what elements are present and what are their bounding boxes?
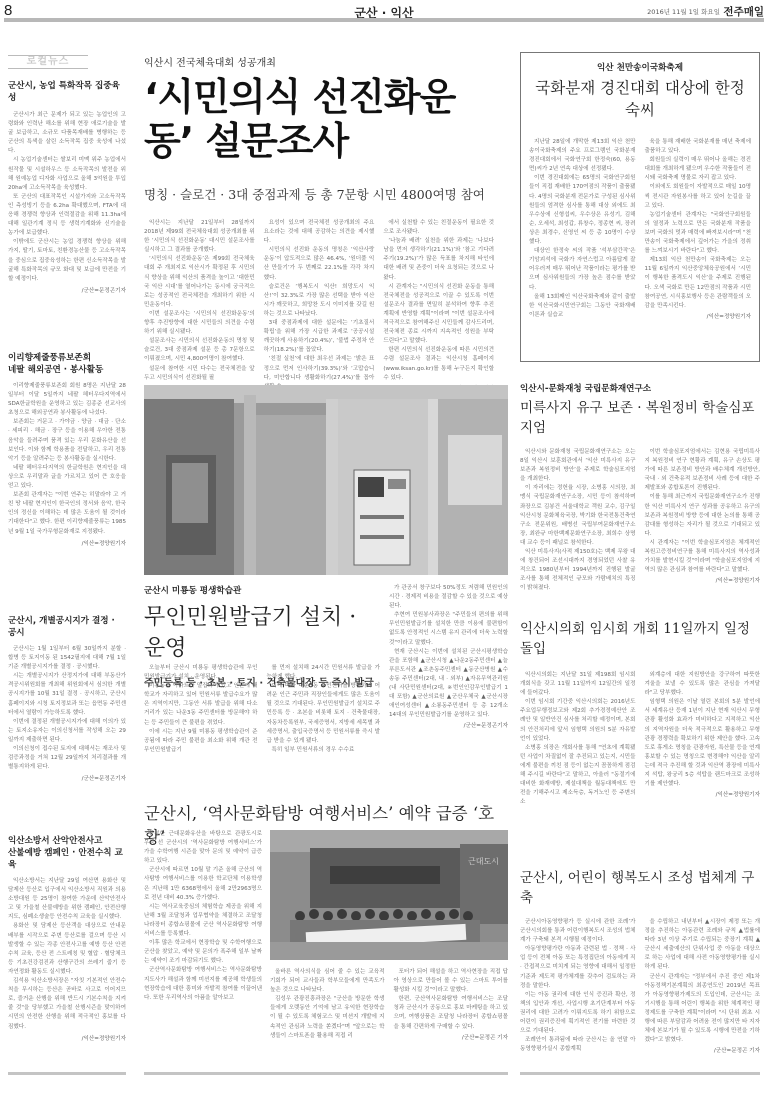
column: 익산시와 문화재청 국립문화재연구소는 오는 8일 익산시 보훈회관에서 ‘익산… <box>520 448 636 594</box>
paragraph: 보존회 관계자는 "이번 연주는 히말라야 고 거친 땅 네팔 현지인이 한국인… <box>8 491 126 536</box>
byline: /익산=정양원기자 <box>8 1034 126 1042</box>
council-headline: 익산시의회 임시회 개회 11일까지 일정 돌입 <box>520 617 760 657</box>
paragraph: 이번에 결정된 개별공시지가에 대해 이의가 있는 토지소유자는 이의신청서를 … <box>8 718 126 745</box>
paragraph: 또 군산의 대표작목인 시설가지와 고소득작목인 측성빙기 등을 6.2ha 확… <box>8 193 126 238</box>
byline: /군산=문정곤기자 <box>389 722 508 731</box>
byline: /익산=정양원기자 <box>645 577 761 586</box>
logo-text: 로컬뉴스 <box>8 56 88 68</box>
byline: /군산=문정곤 기자 <box>394 1034 509 1043</box>
atm-kiosk-photo <box>144 385 508 575</box>
sidebar-article-4: 익산소방서 산악안전사고 산불예방 캠페인 · 안전수칙 교육 익산소방서는 지… <box>8 835 126 1042</box>
article-body: 익산소방서는 지난달 29일 여산면 용화산 및 담제산 등산로 입구에서 익산… <box>8 877 126 1032</box>
paragraph: ‘나눔과 배려’ 실천을 위한 과제는 ‘나보다 남을 먼저 생각하기(21.1… <box>383 237 494 282</box>
column: 익산시는 지난달 21일부터 28일까지 2018년 제99회 전국체육대회 성… <box>144 219 255 394</box>
paragraph: 이번 설문조사는 ‘시민의식 선진화운동’의 향후 추진방향에 대한 시민들의 … <box>144 310 255 337</box>
paragraph: 익산소방서는 지난달 29일 여산면 용화산 및 담제산 등산로 입구에서 익산… <box>8 877 126 922</box>
paragraph: 군산시에 따르면 10월 말 기준 올해 군산의 역사탐방 여행서비스를 이용한… <box>144 866 262 902</box>
paragraph: 이의신청이 접수된 토지에 대해서는 재조사 및 검증과정을 거쳐 12월 29… <box>8 745 126 772</box>
paragraph: 김성우 관광진흥과장은 "군산을 방문한 학생들에게 오랫동안 기억에 남고 유… <box>270 995 385 1040</box>
local-news-logo: 로컬뉴스 <box>8 55 88 69</box>
sidebar-article-2: 이리향제줄풍류보존회 네팔 해외공연 · 봉사활동 이리향제줄풍류보존회 회원 … <box>8 352 126 547</box>
paragraph: 시 농업기술센터는 쌀보리 미맥 위주 농업에서 원작물 및 시설하우스 등 소… <box>8 156 126 192</box>
paragraph: 조례안이 통과됨에 따라 군산시는 올 연말 아동영향평가실시 종합계획 <box>520 1036 636 1054</box>
paragraph: 추현여 민원봉사과장은 "주민들의 편의를 위해 무인민원발급기를 설치한 만큼… <box>389 611 508 647</box>
paragraph: 풍부한 근대문화유산을 바탕으로 관광도시로 우뚝 선 군산시의 ‘역사문화탐방… <box>144 830 262 866</box>
box-headline: 국화분재 경진대회 대상에 한정숙씨 <box>529 76 751 120</box>
lead-story: 익산시 전국체육대회 성공개최 ‘시민의식 선진화운동’ 설문조사 명칭 · 슬… <box>144 54 494 394</box>
column: 익산시의회는 지난달 31일 제198회 임시회 개회식을 갖고 11월 11일… <box>520 671 636 807</box>
column: 에서 실천할 수 있는 친절운동이 필요한 것으로 조사됐다. ‘나눔과 배려’… <box>383 219 494 394</box>
masthead-rule <box>4 18 764 22</box>
paragraph: 현재 군산시는 이번에 설치된 군산시평생학습관을 포함해 ▲군산시청 ▲나운2… <box>389 648 508 721</box>
paragraph: 미룡동은 아파트가 밀집되어 있고 인근에 대학교가 자리하고 있어 민원서류 … <box>144 682 258 727</box>
child-body: 군산시아동영향평가 등 실시에 관한 조례’가 군산시의회를 통과 어린이행복도… <box>520 918 760 1056</box>
box-story: 익산 천만송이국화축제 국화분재 경진대회 대상에 한정숙씨 지난달 28일에 … <box>520 52 760 362</box>
column: 외계층에 대한 지원방안을 강구하여 따뜻한 겨울을 보낼 수 있도록 많은 관… <box>645 671 761 807</box>
paragraph: 제13회 익산 천만송이 국화축제는 오는 11월 6일까지 익산중앙체육공원에… <box>645 256 752 311</box>
paragraph: 요성이 있으며 전국체전 성공개최의 주요 요소라는 것에 대해 공감하는 의견… <box>264 219 375 246</box>
paragraph: 익산 미륵사지(사적 제150호)는 백제 무왕 대에 창건되어 조선시대까지 … <box>520 548 636 593</box>
bottom-rule <box>144 1072 508 1075</box>
paragraph: 농업기술센터 관계자는 "국화연구회원들의 열정과 노력으로 만든 국화분재 작… <box>645 211 752 256</box>
child-headline: 군산시, 어린이 행복도시 조성 법체계 구축 <box>520 866 760 906</box>
article-headline: 군산시, 농업 특화작목 집중육성 <box>8 80 126 104</box>
column: 올바른 역사의식을 심어 줄 수 있는 교육적 기회가 되어 교사들과 학부모들… <box>270 968 385 1043</box>
byline: /군산=문정곤기자 <box>8 286 126 294</box>
paragraph: 이를 통해 최근까지 국립문화재연구소가 진행한 익산 미륵사지 연구 성과를 … <box>645 493 761 538</box>
paragraph: 이외에도 회원들이 자발적으로 매일 10명씩 전시관 자원봉사를 하고 있어 … <box>645 183 752 210</box>
paragraph: 군산시는 1월 1일부터 6월 30일까지 분할 · 합병 등 토지이동 된 1… <box>8 645 126 672</box>
atm-body-left: 오늘부터 군산시 미룡동 평생학습관에 무인민원발급기가 설치 · 운영된다. … <box>144 664 380 755</box>
sidebar-article-3: 군산시, 개별공시지가 결정 · 공시 군산시는 1월 1일부터 6월 30일까… <box>8 615 126 782</box>
article-body: 군산시는 1월 1일부터 6월 30일까지 분할 · 합병 등 토지이동 된 1… <box>8 645 126 772</box>
paragraph: 시민의식 선진화 운동의 명칭은 ‘익산사랑운동’이 압도적으로 많은 46.4… <box>264 246 375 282</box>
paragraph: 아동영향평가란 아동과 관련된 법 · 정책 · 사업 등이 전체 아동 또는 … <box>520 945 636 990</box>
article-body: 군산시가 최근 문제가 되고 있는 농업인의 고령화와 인력난 해소를 위해 현… <box>8 111 126 284</box>
atm-headline: 무인민원발급기 설치 · 운영 <box>144 600 379 662</box>
paragraph: 이에 시는 지난 9월 미룡동 평생학습관이 준공됨에 따라 주민 불편을 최소… <box>144 728 258 755</box>
lead-headline: ‘시민의식 선진화운동’ 설문조사 <box>144 75 494 163</box>
tour-body-col1: 풍부한 근대문화유산을 바탕으로 관광도시로 우뚝 선 군산시의 ‘역사문화탐방… <box>144 830 262 1003</box>
seminar-headline: 미륵사지 유구 보존 · 복원정비 학술심포지엄 <box>520 396 760 436</box>
paragraph: 김석용 익산소방서장은 "자칫 기본적인 안전수칙을 무시하는 등산은 곧바로 … <box>8 977 126 1032</box>
paragraph: 이번 학술심포지엄에서는 김현용 국립미륵사지 복원정비 연구 현황과 계획, … <box>645 448 761 493</box>
paragraph: ‘시민의식 선진화운동’은 제99회 전국체육대회 주 개최지로 익산시가 확정… <box>144 255 255 310</box>
paragraph: 군산시아동영향평가 등 실시에 관한 조례’가 군산시의회를 통과 어린이행복도… <box>520 918 636 945</box>
photo-illustration: 근대도시 <box>270 830 508 960</box>
paragraph: 군산역사문화탐방 여행서비스는 역사문화탐방 지도사가 해설과 함께 미션지를 … <box>144 966 262 1002</box>
tour-group-photo: 근대도시 <box>270 830 508 960</box>
box-kicker: 익산 천만송이국화축제 <box>529 61 751 73</box>
paragraph: 용화산 및 담제산 등산객을 대상으로 안내문 배부를 시작으로 주변 등산로를… <box>8 922 126 977</box>
seminar-body: 익산시와 문화재청 국립문화재연구소는 오는 8일 익산시 보훈회관에서 ‘익산… <box>520 448 760 594</box>
paragraph: 이후 많은 학교에서 현장학습 및 수학여행으로 군산을 찾았고, 예약 및 문… <box>144 939 262 966</box>
article-headline: 이리향제줄풍류보존회 네팔 해외공연 · 봉사활동 <box>8 352 126 376</box>
paragraph: 올해 13회째인 익산국화축제와 같이 출발한 익산국화시민연구회는 그동안 국… <box>529 293 636 320</box>
byline: /익산=정양원기자 <box>645 313 752 322</box>
paragraph: 네팔 헤터우다지역의 한글학원은 현지인을 대상으로 우리말과 글을 가르치고 … <box>8 464 126 491</box>
byline: /익산=정양원기자 <box>645 791 761 800</box>
paragraph: 익산시와 문화재청 국립문화재연구소는 오는 8일 익산시 보훈회관에서 ‘익산… <box>520 448 636 484</box>
column: 포터가 되어 해설을 하고 역사현장을 직접 답아 영상으로 만들어 볼 수 있… <box>394 968 509 1043</box>
paragraph: 회원들의 실력이 매우 뛰어나 올해는 경진대회를 개최하게 됐으며 우수한 작… <box>645 156 752 183</box>
paragraph: 임형택 의원은 이날 열린 본회의 5분 발언에서 세계유산 등재 1년이 지난… <box>645 698 761 789</box>
column: 이번 학술심포지엄에서는 김현용 국립미륵사지 복원정비 연구 현황과 계획, … <box>645 448 761 594</box>
paragraph: 설문조사는 시민의식 선진화운동의 명칭 및 슬로건, 3대 중점과제 설문 등… <box>144 337 255 364</box>
paragraph: 시는 개별공시지가 산정지가에 대해 부동산가격공시위원회를 개최해 위원회에서… <box>8 672 126 717</box>
byline: /익산=정양원기자 <box>8 539 126 547</box>
column: 오늘부터 군산시 미룡동 평생학습관에 무인민원발급기가 설치 · 운영된다. … <box>144 664 258 755</box>
photo-sign-text: 근대도시 <box>468 856 499 866</box>
paragraph: 이 자리에는 정헌율 시장, 소병홍 시의장, 최맹식 국립문화재연구소장, 시… <box>520 484 636 548</box>
paper-name: 전주매일 <box>723 4 764 19</box>
paragraph: 이리향제줄풍류보존회 회원 8명은 지난달 28일부터 이달 5일까지 네팔 헤… <box>8 382 126 418</box>
paragraph: 포터가 되어 해설을 하고 역사현장을 직접 답아 영상으로 만들어 볼 수 있… <box>394 968 509 995</box>
sidebar-article-1: 군산시, 농업 특화작목 집중육성 군산시가 최근 문제가 되고 있는 농업인의… <box>8 80 126 294</box>
paragraph: 대상인 한정숙 씨의 작품 ‘석부삼간작’은 기암괴석에 국화가 자연스럽고 아… <box>529 247 636 292</box>
seminar-story: 익산시-문화재청 국립문화재연구소 미륵사지 유구 보존 · 복원정비 학술심포… <box>520 382 760 594</box>
paragraph: 특히 일부 민원서류의 경우 수수료 <box>267 746 381 755</box>
paragraph: 설문에 참여한 시민 다수는 전국체전을 앞두고 시민의식이 선진화될 필 <box>144 365 255 383</box>
paragraph: 오늘부터 군산시 미룡동 평생학습관에 무인민원발급기가 설치 · 운영된다. <box>144 664 258 682</box>
paragraph: 소병홍 의장은 개회사를 통해 "연초에 계획됐던 사업이 차질없이 잘 추진되… <box>520 744 636 808</box>
article-body: 이리향제줄풍류보존회 회원 8명은 지난달 28일부터 이달 5일까지 네팔 헤… <box>8 382 126 537</box>
paragraph: 이번 임시회 기간중 익산시의회는 2016년도 주요업무행정보고와 제2회 추… <box>520 698 636 743</box>
paragraph: 한편, 군산역사문화탐방 여행서비스는 조달청과 군산시가 공동으로 홍보 마케… <box>394 995 509 1031</box>
box-body: 지난달 28일에 개막한 제13회 익산 천만송이국화축제의 주요 프로그램인 … <box>529 138 751 322</box>
paragraph: 이는 아동 권리에 대한 인식 증진과 확산, 정책의 입안과 개선, 사업시행… <box>520 991 636 1036</box>
child-story: 군산시, 어린이 행복도시 조성 법체계 구축 군산시아동영향평가 등 실시에 … <box>520 866 760 1056</box>
paragraph: 올바른 역사의식을 심어 줄 수 있는 교육적 기회가 되어 교사들과 학부모들… <box>270 968 385 995</box>
issue-date: 2016년 11월 1일 화요일 <box>647 7 720 16</box>
paragraph: 시 관계자는 "시민의식 선진화 운동을 통해 전국체전을 성공적으로 이끌 수… <box>383 283 494 347</box>
seminar-kicker: 익산시-문화재청 국립문화재연구소 <box>520 382 760 394</box>
paragraph: 슬로건은 ‘행복도시 익산! 희망도시 익산!’이 32.3%로 가장 많은 선… <box>264 283 375 319</box>
paragraph: 보존회는 거문고 · 가야금 · 양금 · 대금 · 단소 · 세피리 · 해금… <box>8 418 126 463</box>
atm-body-right: 가 관공서 창구보다 50%정도 저렴해 민원인의 시간 · 경제적 비용을 절… <box>389 584 508 732</box>
column: 육을 통해 재배한 국화분재를 매년 축제에 출품하고 있다. 회원들의 실력이… <box>645 138 752 322</box>
paragraph: 시 관계자는 "이번 학술심포지엄은 체계적인 복원고증정비연구를 통해 미륵사… <box>645 539 761 575</box>
paragraph: 지난달 28일에 개막한 제13회 익산 천만송이국화축제의 주요 프로그램인 … <box>529 138 636 174</box>
lead-kicker: 익산시 전국체육대회 성공개최 <box>144 54 494 69</box>
bottom-rule <box>520 1072 760 1075</box>
column: 를 먼저 설치해 24시간 민원서류 발급을 가능하게 했다. 이에 따라 나운… <box>267 664 381 755</box>
paragraph: 외계층에 대한 지원방안을 강구하여 따뜻한 겨울을 보낼 수 있도록 많은 관… <box>645 671 761 698</box>
council-body: 익산시의회는 지난달 31일 제198회 임시회 개회식을 갖고 11월 11일… <box>520 671 760 807</box>
byline: /군산=문정곤기자 <box>8 774 126 782</box>
paragraph: 이에 따라 나운3동 주민센터를 방문하기 어려운 인근 주민과 직장인들에게도… <box>267 682 381 746</box>
paragraph: 한편 시민의식 선진화운동에 따른 시민의견수렴 설문조사 결과는 익산시청 홈… <box>383 346 494 382</box>
tour-body-right: 올바른 역사의식을 심어 줄 수 있는 교육적 기회가 되어 교사들과 학부모들… <box>270 968 508 1043</box>
paragraph: 을 수립하고 내년부터 ▲시장이 제정 또는 개정을 추진하는 아동관련 조례와… <box>645 918 761 973</box>
paragraph: 군산시가 최근 문제가 되고 있는 농업인의 고령화와 인력난 해소를 위해 현… <box>8 111 126 156</box>
column: 을 수립하고 내년부터 ▲시장이 제정 또는 개정을 추진하는 아동관련 조례와… <box>645 918 761 1056</box>
bottom-rule <box>8 1072 126 1075</box>
council-story: 익산시의회 임시회 개회 11일까지 일정 돌입 익산시의회는 지난달 31일 … <box>520 617 760 807</box>
photo-illustration <box>144 385 508 575</box>
paragraph: 군산시 관계자는 "정부에서 추진 중인 제1차 아동정책기본계획의 최종연도인… <box>645 973 761 1046</box>
lead-body: 익산시는 지난달 21일부터 28일까지 2018년 제99회 전국체육대회 성… <box>144 219 494 394</box>
lead-subheadline: 명칭 · 슬로건 · 3대 중점과제 등 총 7문항 시민 4800여명 참여 <box>144 185 494 203</box>
column: 지난달 28일에 개막한 제13회 익산 천만송이국화축제의 주요 프로그램인 … <box>529 138 636 322</box>
paragraph: 에서 실천할 수 있는 친절운동이 필요한 것으로 조사됐다. <box>383 219 494 237</box>
paragraph: 가 관공서 창구보다 50%정도 저렴해 민원인의 시간 · 경제적 비용을 절… <box>389 584 508 611</box>
paragraph: 이밖에도 군산시는 농업 경쟁력 향상을 위해 가지, 딸기, 토마토, 친환경… <box>8 238 126 283</box>
paragraph: 를 먼저 설치해 24시간 민원서류 발급을 가능하게 했다. <box>267 664 381 682</box>
paragraph: 익산시는 지난달 21일부터 28일까지 2018년 제99회 전국체육대회 성… <box>144 219 255 255</box>
paragraph: 익산시의회는 지난달 31일 제198회 임시회 개회식을 갖고 11월 11일… <box>520 671 636 698</box>
article-headline: 익산소방서 산악안전사고 산불예방 캠페인 · 안전수칙 교육 <box>8 835 126 871</box>
paragraph: 이번 경진대회에는 65명의 국화연구회원들이 직접 재배한 170여점의 작품… <box>529 174 636 247</box>
article-headline: 군산시, 개별공시지가 결정 · 공시 <box>8 615 126 639</box>
byline: /군산=문정곤 기자 <box>645 1047 761 1056</box>
column: 요성이 있으며 전국체전 성공개최의 주요 요소라는 것에 대해 공감하는 의견… <box>264 219 375 394</box>
paragraph: 3대 중점과제에 대한 설문에는 ‘기초질서 확립’을 위해 가장 시급한 과제… <box>264 319 375 355</box>
column: 군산시아동영향평가 등 실시에 관한 조례’가 군산시의회를 통과 어린이행복도… <box>520 918 636 1056</box>
paragraph: 육을 통해 재배한 국화분재를 매년 축제에 출품하고 있다. <box>645 138 752 156</box>
paragraph: 시는 역사교육중심의 체험학습 제공을 위해 지난해 3월 조달청과 업무협약을… <box>144 903 262 939</box>
